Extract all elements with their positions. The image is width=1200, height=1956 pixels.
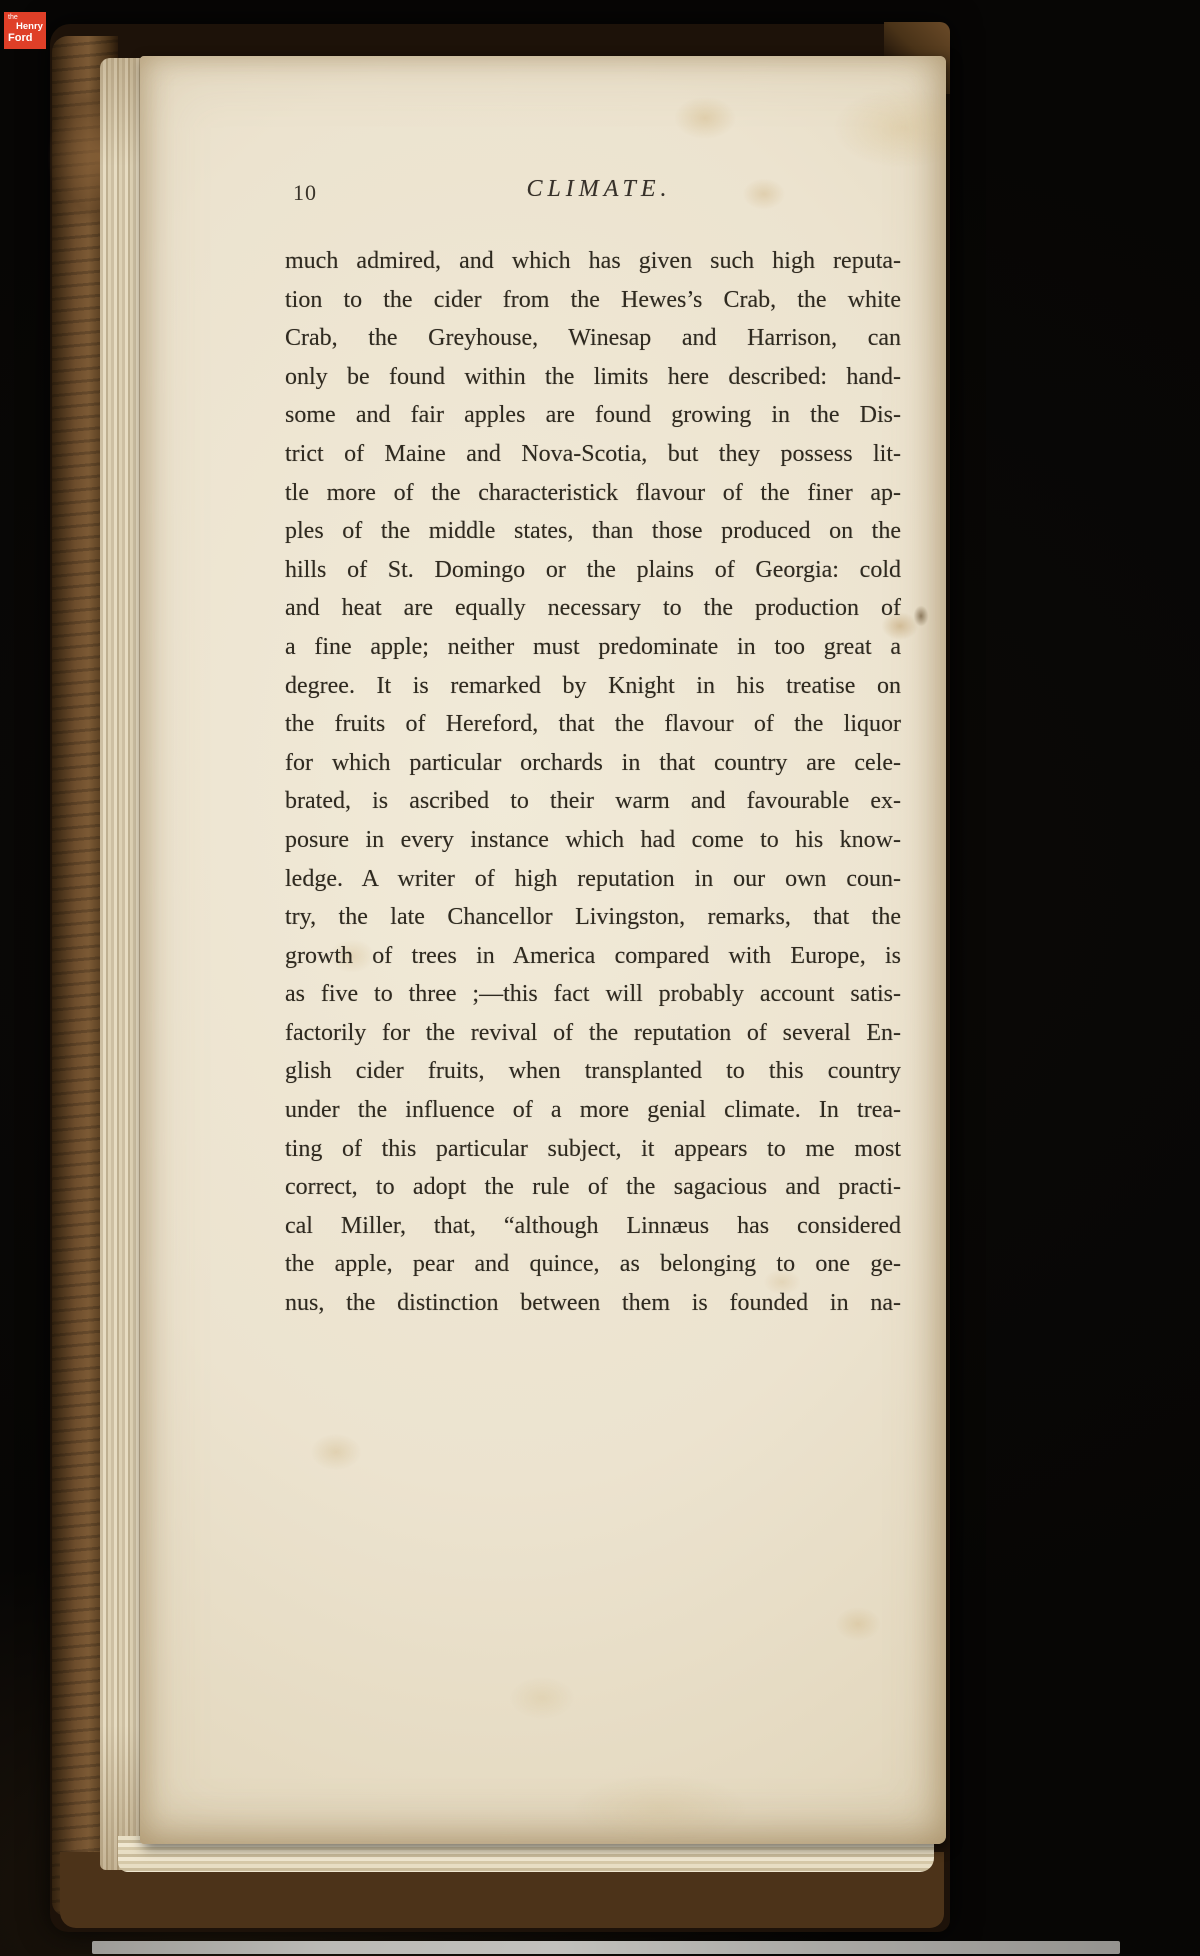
text-line: a fine apple; neither must predominate i… <box>285 628 901 667</box>
text-line: as five to three ;—this fact will probab… <box>285 975 901 1014</box>
text-line: the fruits of Hereford, that the flavour… <box>285 705 901 744</box>
scan-bar <box>92 1941 1120 1954</box>
text-line: brated, is ascribed to their warm and fa… <box>285 782 901 821</box>
book-page: 10 CLIMATE. much admired, and which has … <box>140 56 946 1844</box>
running-head: CLIMATE. <box>285 176 913 203</box>
text-line: some and fair apples are found growing i… <box>285 396 901 435</box>
text-line: much admired, and which has given such h… <box>285 242 901 281</box>
logo-text-ford: Ford <box>8 33 46 44</box>
text-line: ledge. A writer of high reputation in ou… <box>285 860 901 899</box>
text-line: trict of Maine and Nova-Scotia, but they… <box>285 435 901 474</box>
text-line: only be found within the limits here des… <box>285 358 901 397</box>
henry-ford-logo: the Henry Ford <box>4 12 46 49</box>
text-line: tle more of the characteristick flavour … <box>285 474 901 513</box>
text-line: and heat are equally necessary to the pr… <box>285 589 901 628</box>
text-line: for which particular orchards in that co… <box>285 744 901 783</box>
logo-text-henry: Henry <box>16 22 46 32</box>
text-line: the apple, pear and quince, as belonging… <box>285 1245 901 1284</box>
text-line: nus, the distinction between them is fou… <box>285 1284 901 1323</box>
body-text: much admired, and which has given such h… <box>285 242 901 1323</box>
text-line: degree. It is remarked by Knight in his … <box>285 667 901 706</box>
text-line: hills of St. Domingo or the plains of Ge… <box>285 551 901 590</box>
text-line: tion to the cider from the Hewes’s Crab,… <box>285 281 901 320</box>
text-line: posure in every instance which had come … <box>285 821 901 860</box>
text-line: glish cider fruits, when transplanted to… <box>285 1052 901 1091</box>
text-line: correct, to adopt the rule of the sagaci… <box>285 1168 901 1207</box>
text-line: cal Miller, that, “although Linnæus has … <box>285 1207 901 1246</box>
text-line: ting of this particular subject, it appe… <box>285 1130 901 1169</box>
text-line: under the influence of a more genial cli… <box>285 1091 901 1130</box>
text-line: ples of the middle states, than those pr… <box>285 512 901 551</box>
logo-text-the: the <box>8 14 46 21</box>
page-stack-left-edges <box>100 58 143 1870</box>
text-line: factorily for the revival of the reputat… <box>285 1014 901 1053</box>
photo-background: the Henry Ford 10 CLIMATE. much admired,… <box>0 0 1200 1956</box>
text-line: growth of trees in America compared with… <box>285 937 901 976</box>
text-line: Crab, the Greyhouse, Winesap and Harriso… <box>285 319 901 358</box>
text-line: try, the late Chancellor Livingston, rem… <box>285 898 901 937</box>
page-header: 10 CLIMATE. <box>285 174 901 210</box>
